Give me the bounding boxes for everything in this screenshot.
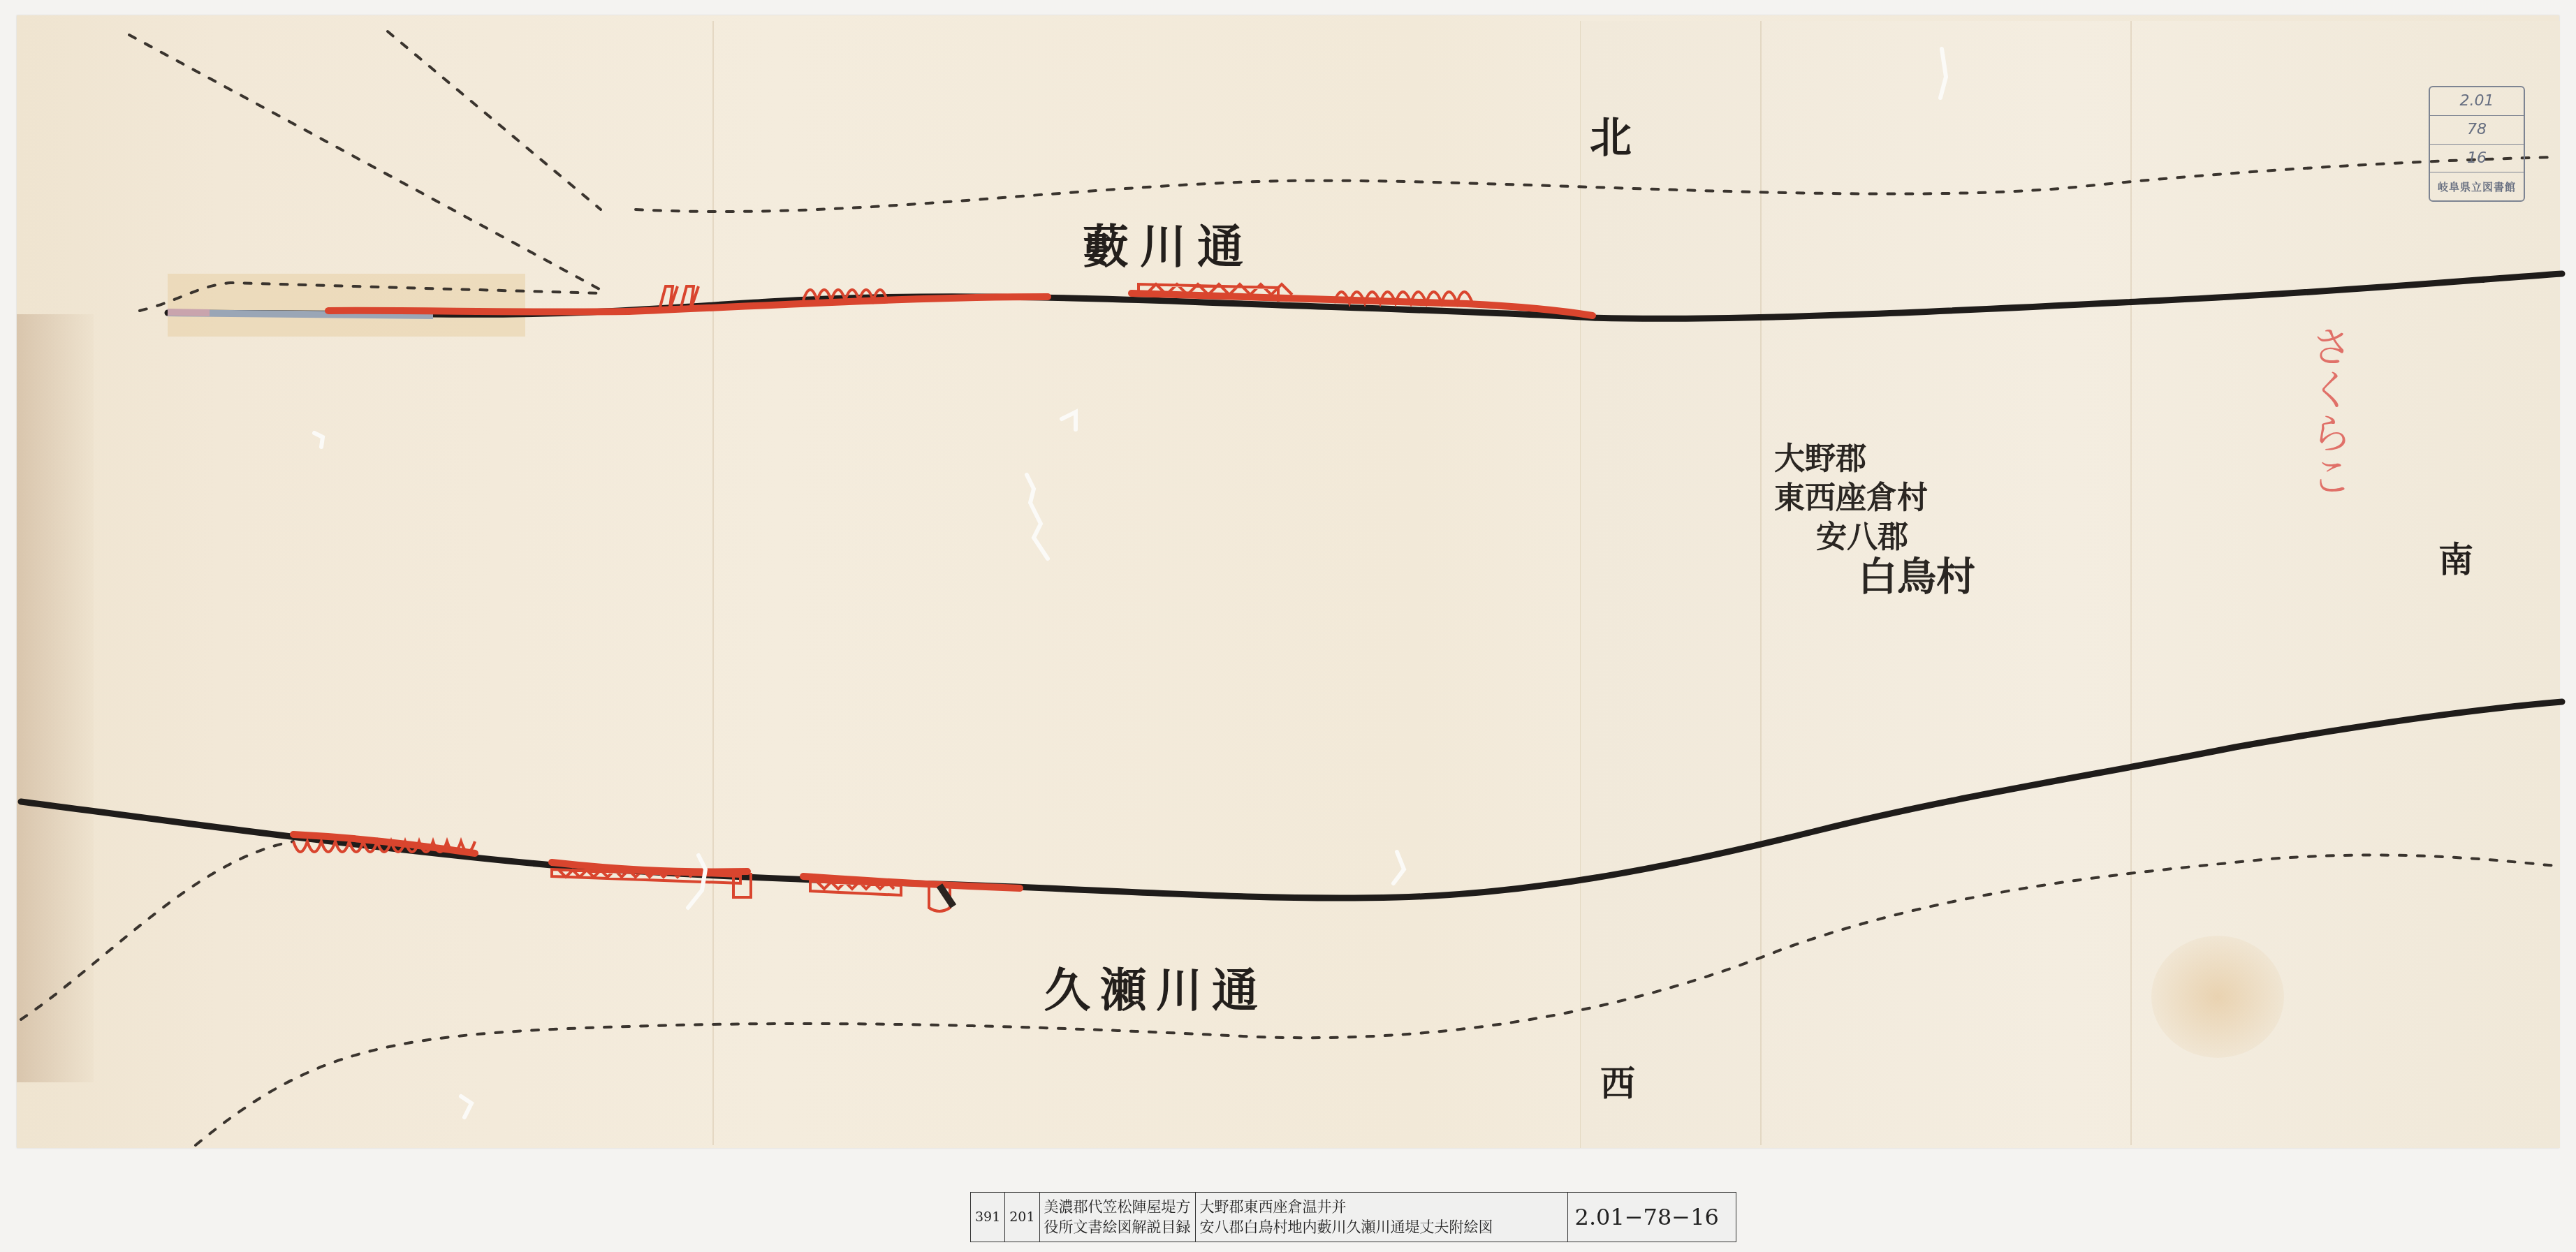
catalog-title: 大野郡東西座倉温井并 安八郡白鳥村地内藪川久瀬川通堤丈夫附絵図: [1196, 1193, 1568, 1242]
boundary-dotted-line: [129, 35, 601, 290]
library-stamp: 2.01 78 16 岐阜県立図書館: [2429, 86, 2525, 202]
village-block: 大野郡 東西座倉村 安八郡 白鳥村: [1774, 440, 1975, 596]
catalog-number: 391: [971, 1193, 1005, 1242]
village-line: 東西座倉村: [1774, 479, 1975, 518]
village-line: 安八郡: [1816, 518, 1975, 557]
compass-north-label: 北: [1584, 115, 1630, 159]
stamp-footer: 岐阜県立図書館: [2430, 172, 2524, 200]
boundary-dotted-line: [388, 31, 601, 209]
stamp-row: 2.01: [2430, 87, 2524, 116]
compass-west-label: 西: [1596, 1065, 1634, 1101]
lower-river-name-label: 久瀬川通: [1044, 953, 1268, 1019]
catalog-series: 美濃郡代笠松陣屋堤方 役所文書絵図解説目録: [1040, 1193, 1196, 1242]
catalog-code: 2.01−78−16: [1568, 1193, 1736, 1242]
series-line: 美濃郡代笠松陣屋堤方: [1044, 1197, 1191, 1217]
stamp-row: 16: [2430, 145, 2524, 173]
stamp-row: 78: [2430, 116, 2524, 145]
compass-south-label: 南: [2434, 541, 2473, 577]
series-line: 役所文書絵図解説目録: [1044, 1217, 1191, 1237]
catalog-label: 391 201 美濃郡代笠松陣屋堤方 役所文書絵図解説目録 大野郡東西座倉温井并…: [970, 1192, 1736, 1242]
title-line: 安八郡白鳥村地内藪川久瀬川通堤丈夫附絵図: [1200, 1217, 1493, 1237]
village-line: 白鳥村: [1858, 557, 1975, 596]
map-drawing: [0, 0, 2576, 1252]
red-annotation: さくらこ: [2305, 325, 2351, 498]
village-line: 大野郡: [1774, 440, 1975, 479]
boundary-dotted-line: [21, 841, 293, 1019]
title-line: 大野郡東西座倉温井并: [1200, 1197, 1347, 1217]
boundary-dotted-line: [636, 157, 2556, 212]
catalog-subnumber: 201: [1005, 1193, 1039, 1242]
boundary-dotted-line: [140, 283, 601, 311]
upper-river-name-label: 藪川通: [1083, 209, 1254, 276]
